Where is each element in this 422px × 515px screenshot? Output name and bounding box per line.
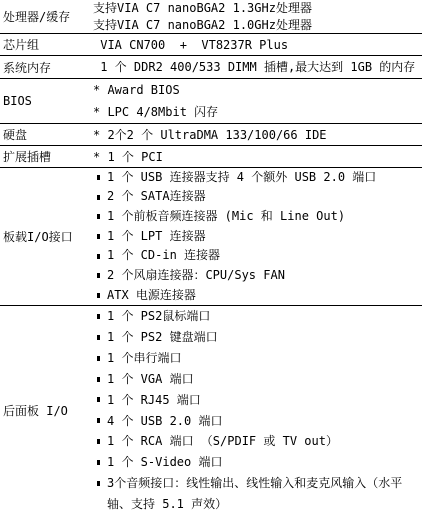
spec-value-text: 1 个 RCA 端口 （S/PDIF 或 TV out）	[107, 431, 422, 452]
spec-value-text: 1 个串行端口	[107, 348, 422, 369]
spec-content-onboard-io: 1 个 USB 连接器支持 4 个额外 USB 2.0 端口2 个 SATA连接…	[90, 168, 422, 305]
bullet-icon	[97, 293, 100, 298]
spec-label-rear-panel-io: 后面板 I/O	[0, 306, 90, 515]
spec-value-text: 1 个 VGA 端口	[107, 369, 422, 390]
spec-value-text: 1 个 DDR2 400/533 DIMM 插槽,最大达到 1GB 的内存	[93, 56, 422, 78]
spec-value-text: * 1 个 PCI	[93, 146, 422, 168]
spec-value-text: VIA CN700 + VT8237R Plus	[93, 34, 422, 56]
spec-value-text: ATX 电源连接器	[107, 286, 422, 306]
bullet-icon	[97, 214, 100, 219]
bullet-icon	[97, 418, 100, 423]
bullet-icon	[97, 314, 100, 319]
spec-value-text: 1 个 PS2 键盘端口	[107, 327, 422, 348]
spec-value-line: 1 个 PS2鼠标端口	[93, 306, 422, 327]
spec-value-line: 1 个 USB 连接器支持 4 个额外 USB 2.0 端口	[93, 168, 422, 188]
spec-value-line: ATX 电源连接器	[93, 286, 422, 306]
spec-content-hard-disk: * 2个2 个 UltraDMA 133/100/66 IDE	[90, 124, 422, 145]
spec-value-line: * 2个2 个 UltraDMA 133/100/66 IDE	[93, 124, 422, 146]
bullet-icon	[97, 335, 100, 340]
spec-value-line: * 1 个 PCI	[93, 146, 422, 168]
bullet-icon	[97, 460, 100, 465]
bullet-icon	[97, 481, 100, 486]
spec-value-line: * Award BIOS	[93, 79, 422, 101]
bullet-icon	[97, 234, 100, 239]
spec-label-onboard-io: 板载I/O接口	[0, 168, 90, 305]
spec-content-rear-panel-io: 1 个 PS2鼠标端口1 个 PS2 键盘端口1 个串行端口1 个 VGA 端口…	[90, 306, 422, 515]
spec-value-line: 支持VIA C7 nanoBGA2 1.0GHz处理器	[93, 17, 422, 34]
spec-value-text: 1 个前板音频连接器 (Mic 和 Line Out)	[107, 207, 422, 227]
spec-value-text: 1 个 USB 连接器支持 4 个额外 USB 2.0 端口	[107, 168, 422, 188]
spec-value-line: 1 个 VGA 端口	[93, 369, 422, 390]
spec-value-line: 1 个前板音频连接器 (Mic 和 Line Out)	[93, 207, 422, 227]
spec-content-chipset: VIA CN700 + VT8237R Plus	[90, 34, 422, 55]
spec-value-text: 2 个风扇连接器：CPU/Sys FAN	[107, 266, 422, 286]
spec-content-system-memory: 1 个 DDR2 400/533 DIMM 插槽,最大达到 1GB 的内存	[90, 56, 422, 78]
spec-value-text: 1 个 LPT 连接器	[107, 227, 422, 247]
spec-content-processor-cache: 支持VIA C7 nanoBGA2 1.3GHz处理器支持VIA C7 nano…	[90, 0, 422, 33]
spec-row-processor-cache: 处理器/缓存支持VIA C7 nanoBGA2 1.3GHz处理器支持VIA C…	[0, 0, 422, 34]
spec-row-expansion-slots: 扩展插槽* 1 个 PCI	[0, 146, 422, 168]
bullet-icon	[97, 377, 100, 382]
spec-value-line: 1 个 RJ45 端口	[93, 390, 422, 411]
spec-value-text: 支持VIA C7 nanoBGA2 1.0GHz处理器	[93, 17, 422, 34]
spec-value-line: 1 个 PS2 键盘端口	[93, 327, 422, 348]
spec-value-text: 3个音频接口：线性输出、线性输入和麦克风输入（水平轴、支持 5.1 声效）	[107, 473, 422, 515]
bullet-icon	[97, 273, 100, 278]
spec-table: 处理器/缓存支持VIA C7 nanoBGA2 1.3GHz处理器支持VIA C…	[0, 0, 422, 515]
bullet-icon	[97, 439, 100, 444]
spec-value-line: 支持VIA C7 nanoBGA2 1.3GHz处理器	[93, 0, 422, 17]
spec-content-bios: * Award BIOS* LPC 4/8Mbit 闪存	[90, 79, 422, 123]
spec-value-line: 1 个 LPT 连接器	[93, 227, 422, 247]
bullet-icon	[97, 195, 100, 200]
spec-row-rear-panel-io: 后面板 I/O1 个 PS2鼠标端口1 个 PS2 键盘端口1 个串行端口1 个…	[0, 306, 422, 515]
spec-value-text: 支持VIA C7 nanoBGA2 1.3GHz处理器	[93, 0, 422, 17]
spec-value-text: 1 个 RJ45 端口	[107, 390, 422, 411]
spec-row-chipset: 芯片组 VIA CN700 + VT8237R Plus	[0, 34, 422, 56]
spec-value-line: 1 个 CD-in 连接器	[93, 246, 422, 266]
spec-value-line: * LPC 4/8Mbit 闪存	[93, 101, 422, 123]
spec-label-bios: BIOS	[0, 79, 90, 123]
spec-value-text: 1 个 CD-in 连接器	[107, 246, 422, 266]
spec-label-processor-cache: 处理器/缓存	[0, 0, 90, 33]
spec-row-bios: BIOS* Award BIOS* LPC 4/8Mbit 闪存	[0, 79, 422, 124]
spec-row-system-memory: 系统内存 1 个 DDR2 400/533 DIMM 插槽,最大达到 1GB 的…	[0, 56, 422, 79]
spec-value-text: 1 个 S-Video 端口	[107, 452, 422, 473]
spec-content-expansion-slots: * 1 个 PCI	[90, 146, 422, 167]
spec-label-system-memory: 系统内存	[0, 56, 90, 78]
spec-value-line: 2 个 SATA连接器	[93, 187, 422, 207]
spec-label-expansion-slots: 扩展插槽	[0, 146, 90, 167]
spec-value-text: 1 个 PS2鼠标端口	[107, 306, 422, 327]
spec-value-line: 2 个风扇连接器：CPU/Sys FAN	[93, 266, 422, 286]
bullet-icon	[97, 175, 100, 180]
spec-value-line: 1 个串行端口	[93, 348, 422, 369]
bullet-icon	[97, 397, 100, 402]
spec-value-line: 3个音频接口：线性输出、线性输入和麦克风输入（水平轴、支持 5.1 声效）	[93, 473, 422, 515]
spec-value-text: * LPC 4/8Mbit 闪存	[93, 101, 422, 123]
spec-value-text: * Award BIOS	[93, 79, 422, 101]
spec-value-text: * 2个2 个 UltraDMA 133/100/66 IDE	[93, 124, 422, 146]
spec-label-hard-disk: 硬盘	[0, 124, 90, 145]
bullet-icon	[97, 356, 100, 361]
spec-value-line: 1 个 DDR2 400/533 DIMM 插槽,最大达到 1GB 的内存	[93, 56, 422, 78]
spec-value-line: VIA CN700 + VT8237R Plus	[93, 34, 422, 56]
spec-value-line: 1 个 RCA 端口 （S/PDIF 或 TV out）	[93, 431, 422, 452]
spec-value-line: 4 个 USB 2.0 端口	[93, 411, 422, 432]
spec-value-text: 2 个 SATA连接器	[107, 187, 422, 207]
spec-row-hard-disk: 硬盘* 2个2 个 UltraDMA 133/100/66 IDE	[0, 124, 422, 146]
spec-value-line: 1 个 S-Video 端口	[93, 452, 422, 473]
spec-value-text: 4 个 USB 2.0 端口	[107, 411, 422, 432]
spec-label-chipset: 芯片组	[0, 34, 90, 55]
spec-row-onboard-io: 板载I/O接口1 个 USB 连接器支持 4 个额外 USB 2.0 端口2 个…	[0, 168, 422, 306]
bullet-icon	[97, 254, 100, 259]
